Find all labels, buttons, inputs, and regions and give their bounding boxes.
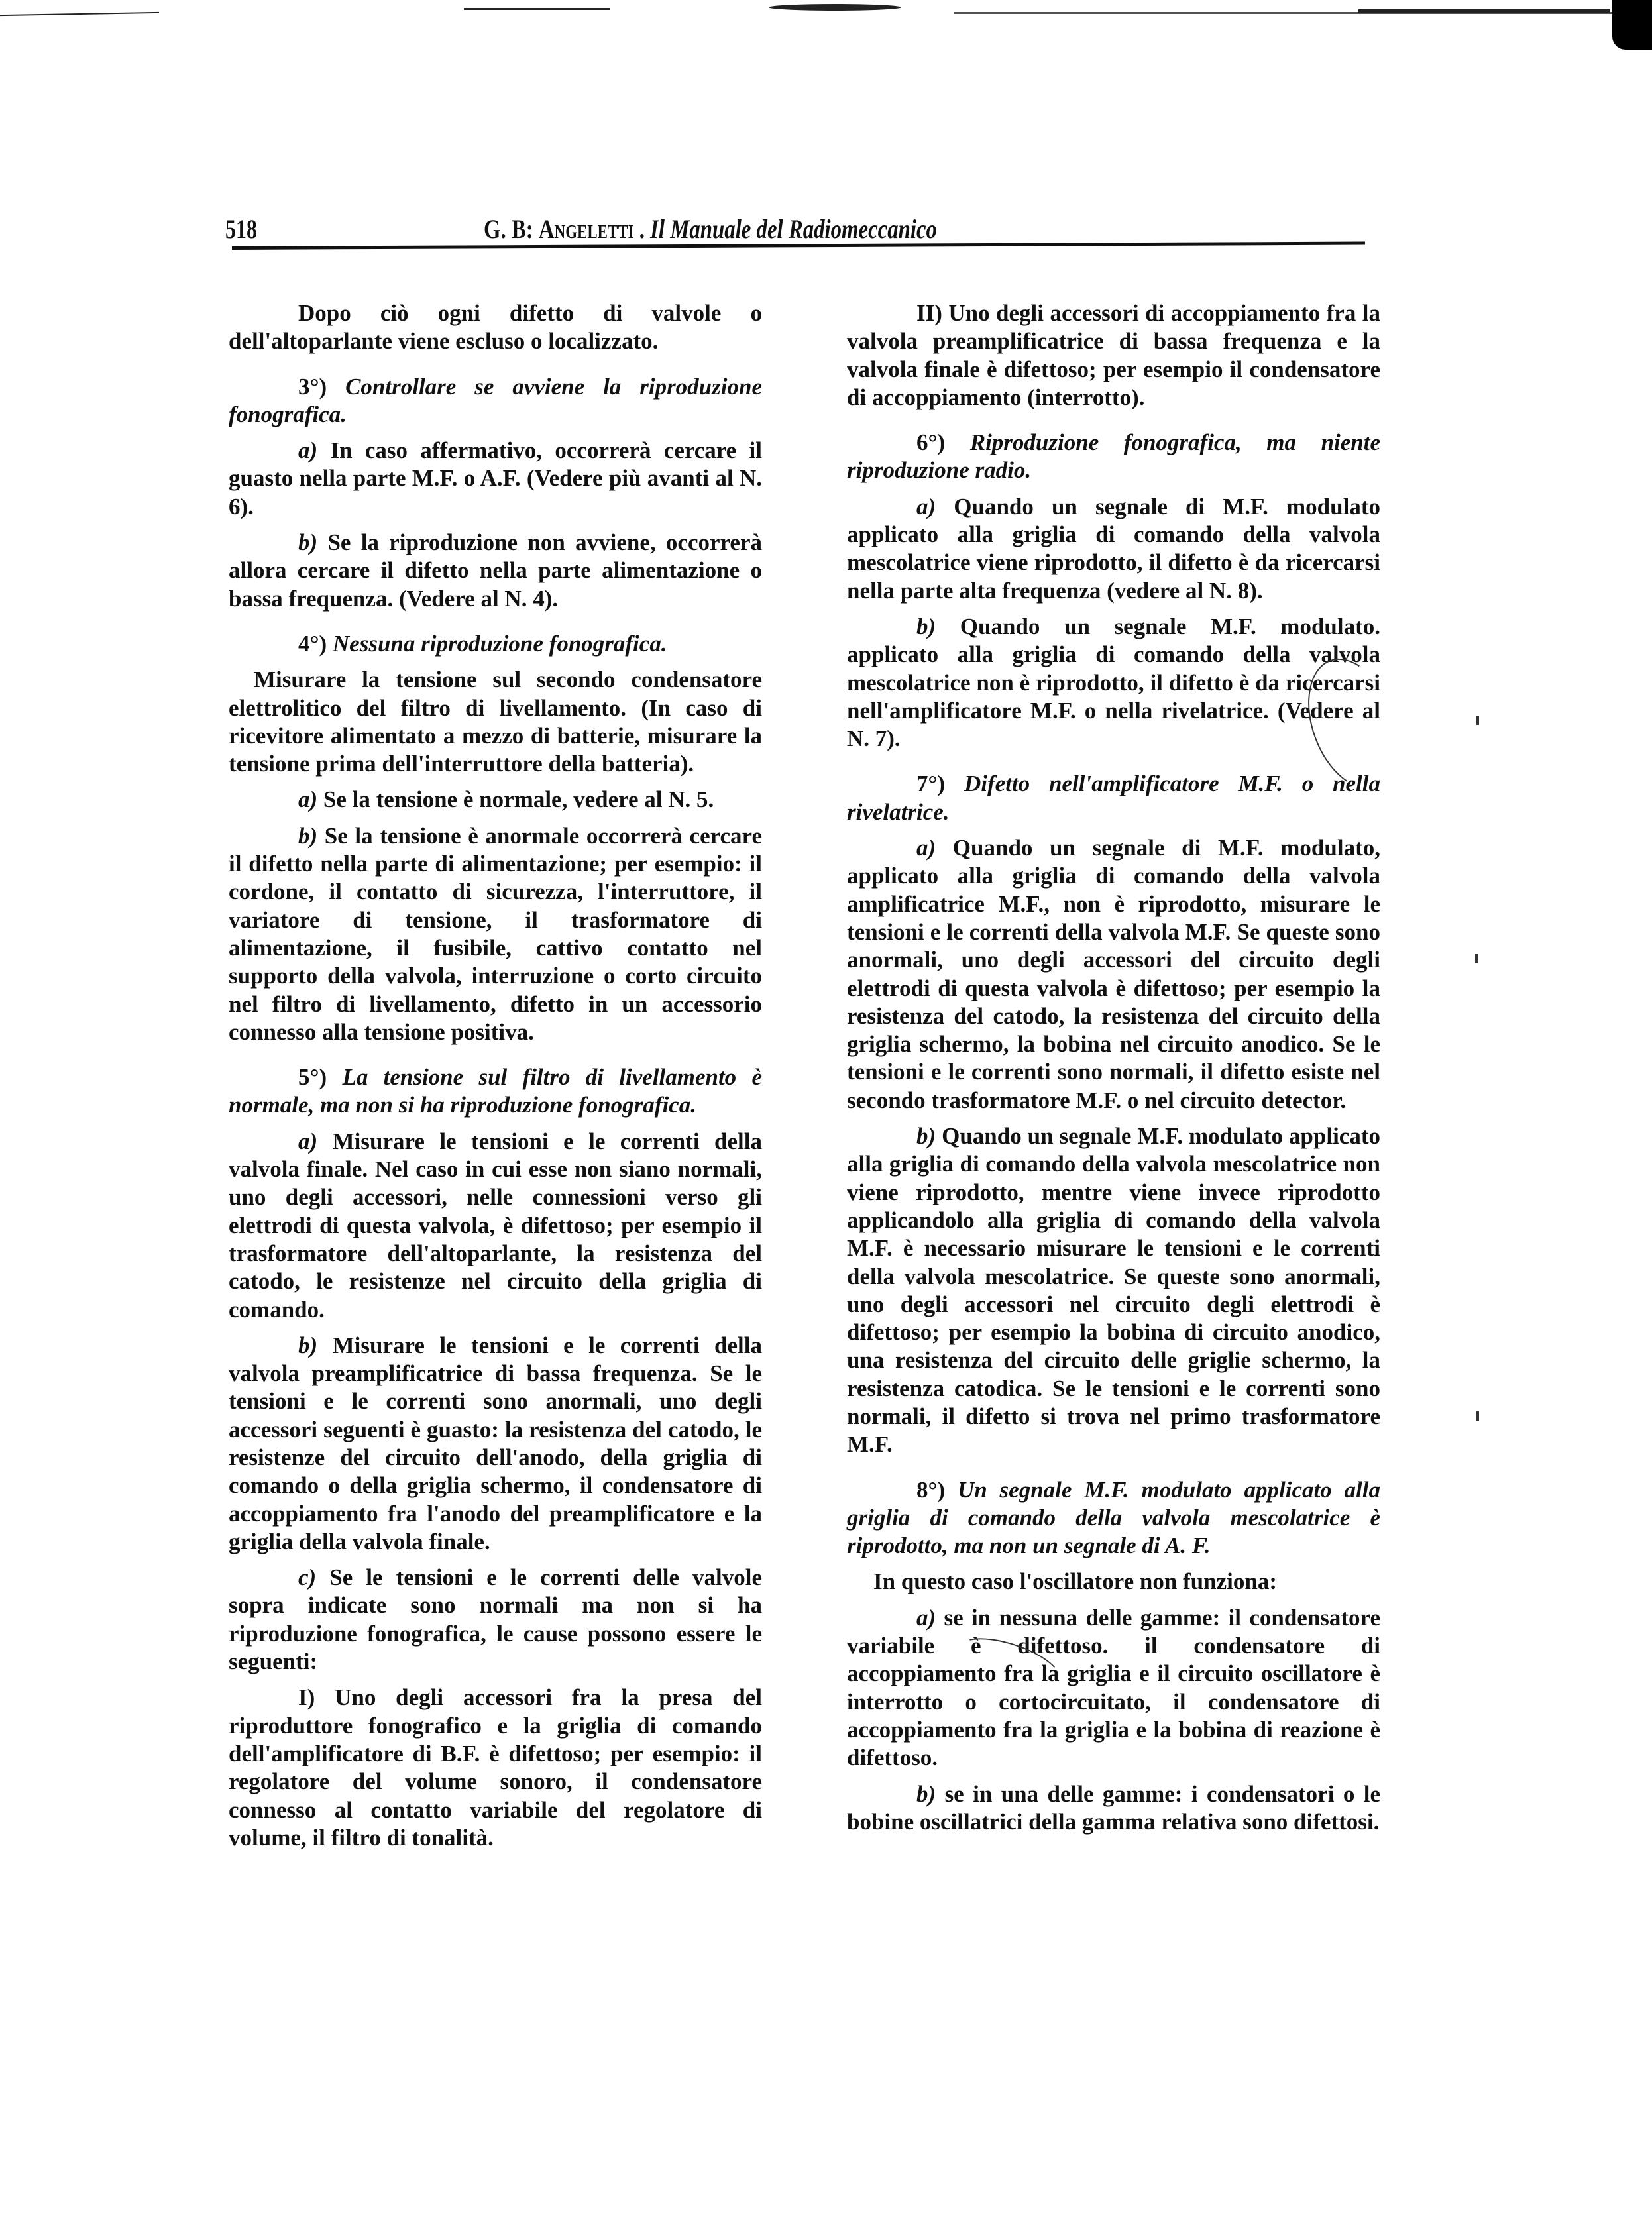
scan-streak	[1358, 9, 1610, 13]
item-label: a)	[298, 437, 317, 463]
item-6b: b) Quando un segnale M.F. modulato. appl…	[847, 613, 1380, 753]
item-text: Se la tensione è normale, vedere al N. 5…	[323, 787, 714, 812]
section-number: 7°)	[916, 771, 945, 796]
item-label: b)	[916, 614, 936, 639]
item-6a: a) Quando un segnale di M.F. modulato ap…	[847, 493, 1380, 605]
right-column: II) Uno degli accessori di accoppiamento…	[847, 299, 1380, 1844]
item-text: Quando un segnale M.F. modulato applicat…	[847, 1123, 1380, 1457]
paragraph-8-intro: In questo caso l'oscillatore non funzion…	[847, 1568, 1380, 1596]
item-label: b)	[298, 529, 317, 555]
item-5a: a) Misurare le tensioni e le correnti de…	[229, 1128, 762, 1324]
scan-streak	[0, 12, 159, 16]
section-number: 8°)	[916, 1477, 945, 1503]
section-number: 6°)	[916, 429, 945, 455]
margin-speck	[1476, 1411, 1479, 1421]
section-heading-3: 3°) Controllare se avviene la riproduzio…	[229, 373, 762, 429]
item-label: a)	[298, 787, 317, 812]
scan-blot	[769, 4, 901, 11]
book-title: Il Manuale del Radiomeccanico	[650, 214, 937, 244]
paragraph-text: Dopo ciò ogni difetto di valvole o dell'…	[229, 300, 762, 354]
author-initials: G. B:	[484, 214, 533, 244]
running-head: G. B: Angeletti . Il Manuale del Radiome…	[484, 213, 937, 244]
paragraph-intro: Dopo ciò ogni difetto di valvole o dell'…	[229, 299, 762, 356]
author-surname: Angeletti	[539, 214, 634, 244]
paragraph-text: Misurare la tensione sul secondo condens…	[229, 667, 762, 777]
item-4b: b) Se la tensione è anormale occorrerà c…	[229, 822, 762, 1046]
item-label: b)	[916, 1123, 936, 1149]
section-title: Nessuna riproduzione fonografica.	[333, 631, 667, 657]
item-5c: c) Se le tensioni e le correnti delle va…	[229, 1564, 762, 1676]
margin-speck	[1476, 716, 1479, 725]
item-3a: a) In caso affermativo, occorrerà cercar…	[229, 437, 762, 521]
page-number: 518	[225, 213, 257, 244]
item-7a: a) Quando un segnale di M.F. modulato, a…	[847, 834, 1380, 1114]
item-label: a)	[916, 1605, 936, 1631]
section-heading-8: 8°) Un segnale M.F. modulato applicato a…	[847, 1476, 1380, 1560]
header-separator: .	[639, 214, 645, 244]
paragraph-text: In questo caso l'oscillatore non funzion…	[873, 1568, 1277, 1594]
item-text: Misurare le tensioni e le correnti della…	[229, 1128, 762, 1323]
item-5c-I: I) Uno degli accessori fra la presa del …	[229, 1684, 762, 1852]
section-number: 5°)	[298, 1064, 327, 1090]
item-text: Quando un segnale di M.F. modulato, appl…	[847, 835, 1380, 1113]
item-text: Misurare le tensioni e le correnti della…	[229, 1332, 762, 1554]
left-column: Dopo ciò ogni difetto di valvole o dell'…	[229, 299, 762, 1860]
item-label: a)	[916, 835, 936, 861]
item-5b: b) Misurare le tensioni e le correnti de…	[229, 1332, 762, 1556]
item-label: b)	[298, 823, 317, 849]
margin-speck	[1475, 954, 1478, 963]
item-label: c)	[298, 1564, 316, 1590]
section-heading-4: 4°) Nessuna riproduzione fonografica.	[229, 630, 762, 658]
section-heading-6: 6°) Riproduzione fonografica, ma niente …	[847, 429, 1380, 485]
item-4a: a) Se la tensione è normale, vedere al N…	[229, 786, 762, 814]
item-label: b)	[916, 1781, 936, 1807]
item-label: I)	[298, 1684, 315, 1710]
item-8a: a) se in nessuna delle gamme: il condens…	[847, 1604, 1380, 1772]
item-label: b)	[298, 1332, 317, 1358]
item-8b: b) se in una delle gamme: i condensatori…	[847, 1780, 1380, 1837]
item-label: a)	[916, 494, 936, 519]
item-text: Se la tensione è anormale occorrerà cerc…	[229, 823, 762, 1045]
item-3b: b) Se la riproduzione non avviene, occor…	[229, 529, 762, 613]
section-number: 3°)	[298, 374, 327, 400]
item-7b: b) Quando un segnale M.F. modulato appli…	[847, 1122, 1380, 1459]
scan-streak	[464, 8, 610, 10]
scan-top-edge-artifact	[0, 0, 1652, 27]
scan-edge-artifact	[1612, 0, 1652, 50]
item-label: II)	[916, 300, 942, 326]
section-heading-5: 5°) La tensione sul filtro di livellamen…	[229, 1063, 762, 1120]
section-heading-7: 7°) Difetto nell'amplificatore M.F. o ne…	[847, 770, 1380, 826]
section-number: 4°)	[298, 631, 327, 657]
item-5c-II: II) Uno degli accessori di accoppiamento…	[847, 299, 1380, 411]
paragraph-4: Misurare la tensione sul secondo condens…	[229, 666, 762, 778]
item-label: a)	[298, 1128, 317, 1154]
